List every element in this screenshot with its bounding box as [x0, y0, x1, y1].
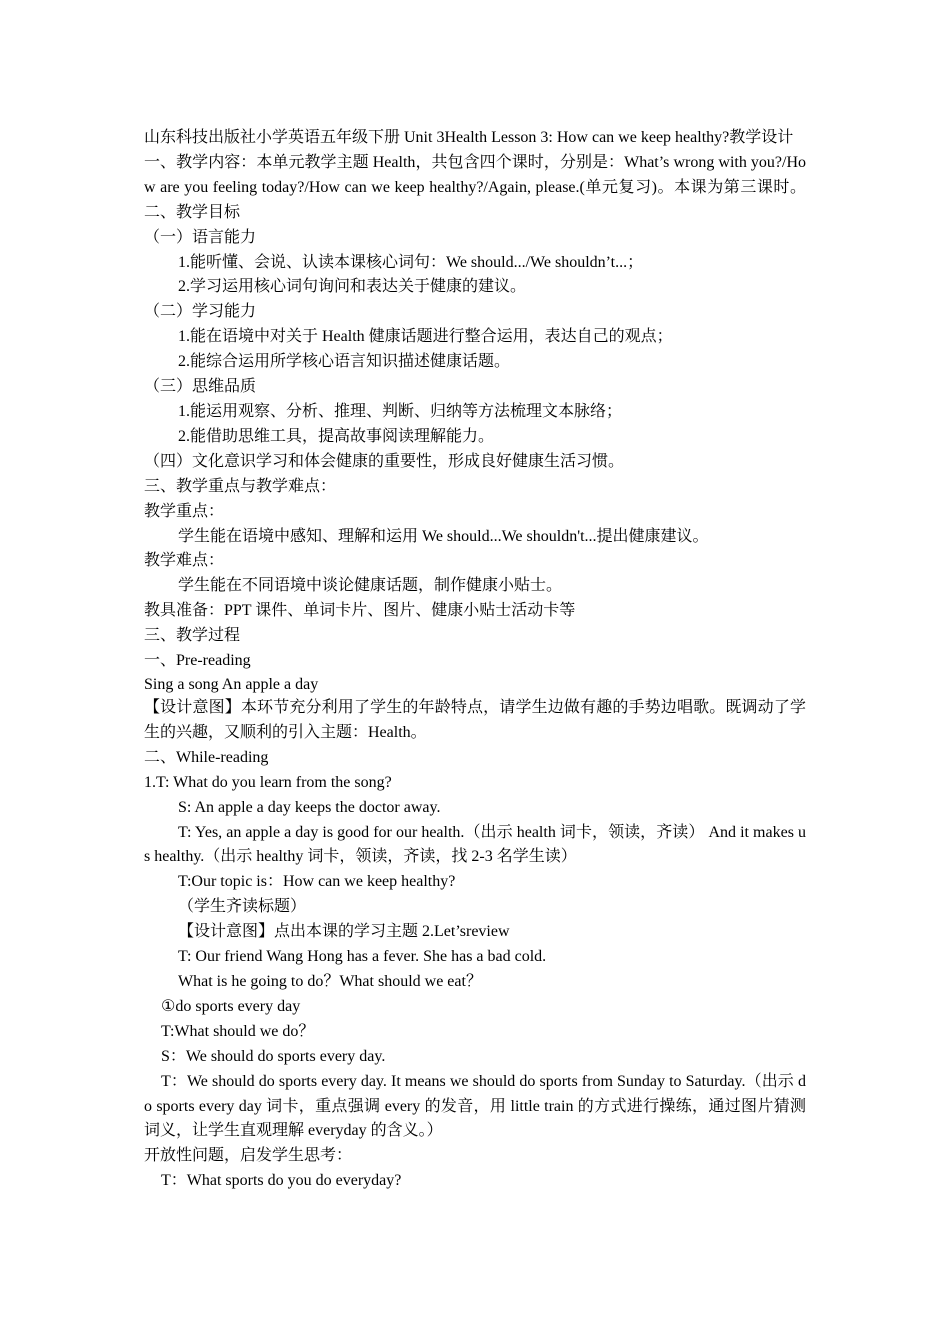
while-reading-line-7: T: Our friend Wang Hong has a fever. She…	[144, 945, 806, 970]
objective-thinking-item-1: 1.能运用观察、分析、推理、判断、归纳等方法梳理文本脉络；	[144, 400, 806, 425]
document-page: 山东科技出版社小学英语五年级下册 Unit 3Health Lesson 3: …	[144, 126, 806, 1194]
difficulty-text: 学生能在不同语境中谈论健康话题，制作健康小贴士。	[144, 574, 806, 599]
while-reading-heading: 二、While-reading	[144, 746, 806, 771]
while-reading-line-13: 开放性问题，启发学生思考：	[144, 1144, 806, 1169]
objective-learning-heading: （二）学习能力	[144, 300, 806, 325]
focus-text: 学生能在语境中感知、理解和运用 We should...We shouldn't…	[144, 525, 806, 550]
objective-culture-heading: （四）文化意识学习和体会健康的重要性，形成良好健康生活习惯。	[144, 450, 806, 475]
while-reading-line-3: T: Yes, an apple a day is good for our h…	[144, 821, 806, 871]
process-heading: 三、教学过程	[144, 624, 806, 649]
while-reading-line-8: What is he going to do？What should we ea…	[144, 970, 806, 995]
focus-label: 教学重点：	[144, 500, 806, 525]
key-points-heading: 三、教学重点与教学难点：	[144, 475, 806, 500]
while-reading-line-1: 1.T: What do you learn from the song?	[144, 771, 806, 796]
while-reading-line-11: S：We should do sports every day.	[144, 1045, 806, 1070]
difficulty-label: 教学难点：	[144, 549, 806, 574]
pre-reading-activity: Sing a song An apple a day	[144, 673, 806, 697]
while-reading-line-14: T：What sports do you do everyday?	[144, 1169, 806, 1194]
materials-line: 教具准备：PPT 课件、单词卡片、图片、健康小贴士活动卡等	[144, 599, 806, 624]
while-reading-line-10: T:What should we do？	[144, 1020, 806, 1045]
while-reading-line-4: T:Our topic is：How can we keep healthy?	[144, 870, 806, 895]
objective-language-heading: （一）语言能力	[144, 226, 806, 251]
objective-learning-item-1: 1.能在语境中对关于 Health 健康话题进行整合运用，表达自己的观点；	[144, 325, 806, 350]
objective-language-item-1: 1.能听懂、会说、认读本课核心词句：We should.../We should…	[144, 251, 806, 276]
document-title: 山东科技出版社小学英语五年级下册 Unit 3Health Lesson 3: …	[144, 126, 806, 151]
while-reading-line-12: T：We should do sports every day. It mean…	[144, 1070, 806, 1145]
while-reading-line-9: ①do sports every day	[144, 995, 806, 1020]
objective-thinking-heading: （三）思维品质	[144, 375, 806, 400]
objective-thinking-item-2: 2.能借助思维工具，提高故事阅读理解能力。	[144, 425, 806, 450]
while-reading-line-2: S: An apple a day keeps the doctor away.	[144, 796, 806, 821]
teaching-content-paragraph: 一、教学内容：本单元教学主题 Health，共包含四个课时，分别是：What’s…	[144, 151, 806, 226]
objective-learning-item-2: 2.能综合运用所学核心语言知识描述健康话题。	[144, 350, 806, 375]
objective-language-item-2: 2.学习运用核心词句询问和表达关于健康的建议。	[144, 275, 806, 300]
while-reading-line-5: （学生齐读标题）	[144, 895, 806, 920]
pre-reading-heading: 一、Pre-reading	[144, 649, 806, 673]
while-reading-line-6: 【设计意图】点出本课的学习主题 2.Let’sreview	[144, 920, 806, 945]
pre-reading-design-intent: 【设计意图】本环节充分利用了学生的年龄特点，请学生边做有趣的手势边唱歌。既调动了…	[144, 696, 806, 746]
